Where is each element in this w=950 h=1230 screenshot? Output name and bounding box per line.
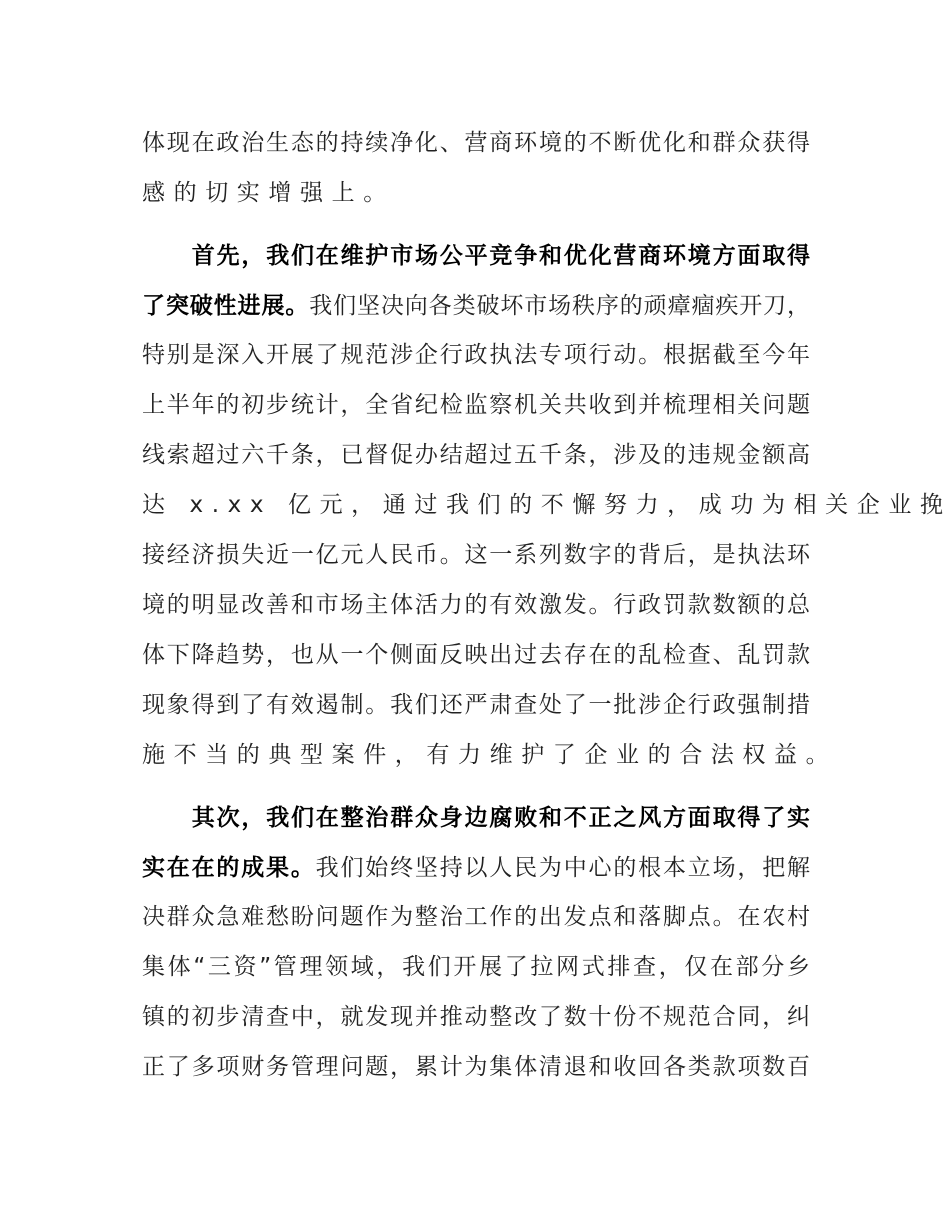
text-line: 施不当的典型案件，有力维护了企业的合法权益。 xyxy=(142,730,810,780)
text-segment: 决群众急难愁盼问题作为整治工作的出发点和落脚点。在农村 xyxy=(142,904,810,930)
text-segment: 镇的初步清查中，就发现并推动整改了数十份不规范合同，纠 xyxy=(142,1004,810,1030)
text-line: 感的切实增强上。 xyxy=(142,168,810,218)
text-line: 镇的初步清查中，就发现并推动整改了数十份不规范合同，纠 xyxy=(142,992,810,1042)
text-line: 特别是深入开展了规范涉企行政执法专项行动。根据截至今年 xyxy=(142,330,810,380)
heading-sentence: 实在在的成果。 xyxy=(142,854,316,880)
text-segment: 体现在政治生态的持续净化、营商环境的不断优化和群众获得 xyxy=(142,130,810,156)
text-segment: 我们坚决向各类破坏市场秩序的顽瘴痼疾开刀， xyxy=(309,293,810,319)
text-line: 体现在政治生态的持续净化、营商环境的不断优化和群众获得 xyxy=(142,118,810,168)
text-segment: 现象得到了有效遏制。我们还严肃查处了一批涉企行政强制措 xyxy=(142,692,810,718)
text-line: 首先，我们在维护市场公平竞争和优化营商环境方面取得 xyxy=(142,230,810,280)
paragraph-continuation: 体现在政治生态的持续净化、营商环境的不断优化和群众获得 感的切实增强上。 xyxy=(142,118,810,218)
text-segment: 感的切实增强上。 xyxy=(142,180,395,206)
text-segment: 境的明显改善和市场主体活力的有效激发。行政罚款数额的总 xyxy=(142,592,810,618)
text-line: 其次，我们在整治群众身边腐败和不正之风方面取得了实 xyxy=(142,792,810,842)
document-page: 体现在政治生态的持续净化、营商环境的不断优化和群众获得 感的切实增强上。 首先，… xyxy=(142,118,810,1104)
text-segment: 接经济损失近一亿元人民币。这一系列数字的背后，是执法环 xyxy=(142,542,810,568)
text-line: 达 x.xx 亿元，通过我们的不懈努力，成功为相关企业挽回直 xyxy=(142,480,810,530)
paragraph-market-competition: 首先，我们在维护市场公平竞争和优化营商环境方面取得 了突破性进展。我们坚决向各类… xyxy=(142,230,810,780)
text-line: 上半年的初步统计，全省纪检监察机关共收到并梳理相关问题 xyxy=(142,380,810,430)
heading-sentence: 首先，我们在维护市场公平竞争和优化营商环境方面取得 xyxy=(190,242,810,268)
text-segment: 特别是深入开展了规范涉企行政执法专项行动。根据截至今年 xyxy=(142,342,810,368)
paragraph-grassroots-corruption: 其次，我们在整治群众身边腐败和不正之风方面取得了实 实在在的成果。我们始终坚持以… xyxy=(142,792,810,1092)
text-line: 集体“三资”管理领域，我们开展了拉网式排查，仅在部分乡 xyxy=(142,942,810,992)
text-line: 了突破性进展。我们坚决向各类破坏市场秩序的顽瘴痼疾开刀， xyxy=(142,280,810,330)
text-segment: 我们始终坚持以人民为中心的根本立场，把解 xyxy=(316,855,810,881)
text-line: 现象得到了有效遏制。我们还严肃查处了一批涉企行政强制措 xyxy=(142,680,810,730)
text-segment: 体下降趋势，也从一个侧面反映出过去存在的乱检查、乱罚款 xyxy=(142,642,810,668)
text-segment: 线索超过六千条，已督促办结超过五千条，涉及的违规金额高 xyxy=(142,442,810,468)
text-segment: 上半年的初步统计，全省纪检监察机关共收到并梳理相关问题 xyxy=(142,392,810,418)
text-line: 实在在的成果。我们始终坚持以人民为中心的根本立场，把解 xyxy=(142,842,810,892)
text-segment: 集体“三资”管理领域，我们开展了拉网式排查，仅在部分乡 xyxy=(142,954,810,980)
text-line: 接经济损失近一亿元人民币。这一系列数字的背后，是执法环 xyxy=(142,530,810,580)
heading-sentence: 了突破性进展。 xyxy=(142,292,309,318)
text-segment: 施不当的典型案件，有力维护了企业的合法权益。 xyxy=(142,742,837,768)
text-line: 正了多项财务管理问题，累计为集体清退和收回各类款项数百 xyxy=(142,1042,810,1092)
text-line: 线索超过六千条，已督促办结超过五千条，涉及的违规金额高 xyxy=(142,430,810,480)
text-segment: 达 x.xx 亿元，通过我们的不懈努力，成功为相关企业挽回直 xyxy=(142,492,950,518)
text-line: 决群众急难愁盼问题作为整治工作的出发点和落脚点。在农村 xyxy=(142,892,810,942)
text-line: 体下降趋势，也从一个侧面反映出过去存在的乱检查、乱罚款 xyxy=(142,630,810,680)
heading-sentence: 其次，我们在整治群众身边腐败和不正之风方面取得了实 xyxy=(190,804,810,830)
text-line: 境的明显改善和市场主体活力的有效激发。行政罚款数额的总 xyxy=(142,580,810,630)
text-segment: 正了多项财务管理问题，累计为集体清退和收回各类款项数百 xyxy=(142,1054,810,1080)
